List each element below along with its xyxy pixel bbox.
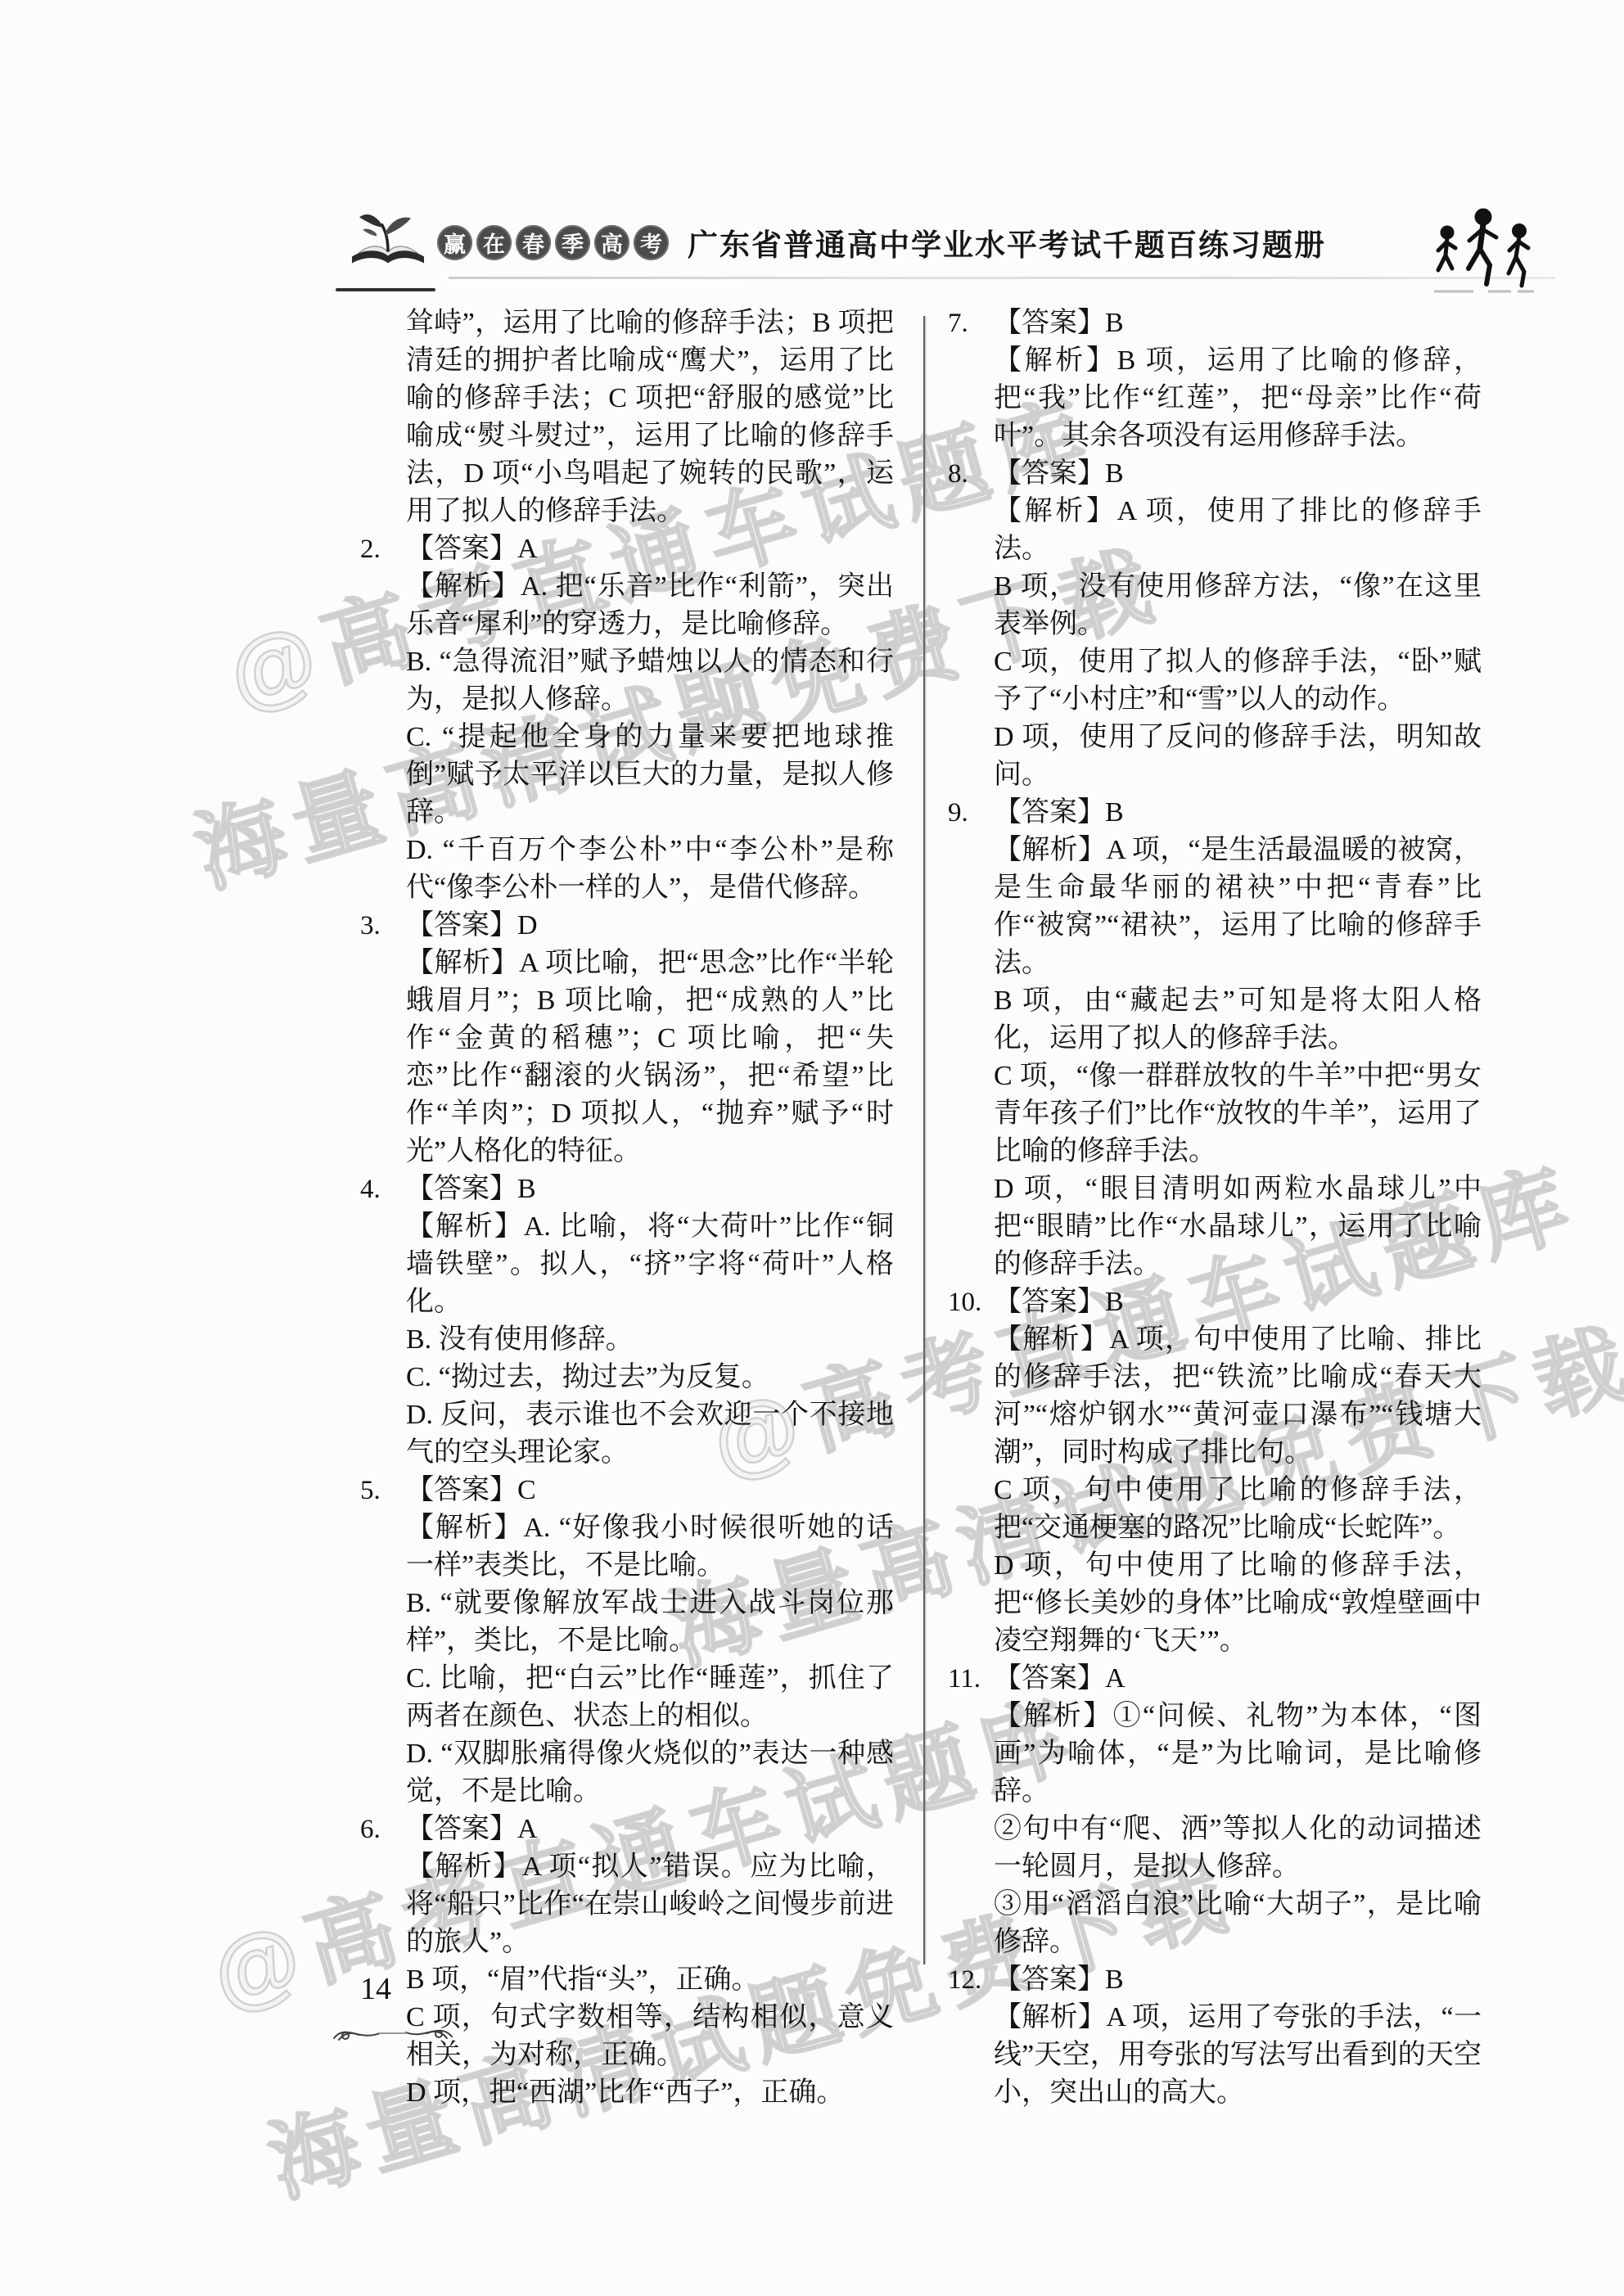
item-paragraph: 【答案】C [406,1472,894,1509]
item-paragraph: 【答案】A [406,1811,894,1848]
brand-badge: 考 [634,225,669,260]
item-paragraph: ③用“滔滔白浪”比喻“大胡子”，是比喻修辞。 [994,1886,1482,1961]
item-paragraph: D. 反问，表示谁也不会欢迎一个不接地气的空头理论家。 [406,1396,894,1472]
item-number [352,304,406,530]
item-number: 2. [352,530,406,907]
item-paragraphs: 【答案】C【解析】A. “好像我小时候很听她的话一样”表类比，不是比喻。B. “… [406,1472,894,1811]
item-paragraphs: 耸峙”，运用了比喻的修辞手法；B 项把清廷的拥护者比喻成“鹰犬”，运用了比喻的修… [406,304,894,530]
item-paragraph: B. 没有使用修辞。 [406,1321,894,1359]
item-paragraphs: 【答案】B【解析】A. 比喻，将“大荷叶”比作“铜墙铁壁”。拟人，“挤”字将“荷… [406,1171,894,1472]
brand-badge: 季 [555,225,590,260]
item-paragraph: 【答案】B [994,1961,1482,1999]
item-paragraph: D 项，把“西湖”比作“西子”，正确。 [406,2074,894,2112]
answer-item: 2. 【答案】A【解析】A. 把“乐音”比作“利箭”，突出乐音“犀利”的穿透力，… [352,530,894,907]
answer-item: 8. 【答案】B【解析】A 项，使用了排比的修辞手法。B 项，没有使用修辞方法，… [940,455,1482,794]
item-number: 6. [352,1811,406,2112]
answer-item: 11. 【答案】A【解析】①“问候、礼物”为本体，“图画”为喻体，“是”为比喻词… [940,1660,1482,1961]
brand-badge: 高 [594,225,629,260]
item-paragraph: 【答案】B [994,794,1482,832]
item-number: 11. [940,1660,994,1961]
item-paragraphs: 【答案】B【解析】A 项，句中使用了比喻、排比的修辞手法，把“铁流”比喻成“春天… [994,1283,1482,1660]
item-paragraph: 【解析】B 项，运用了比喻的修辞，把“我”比作“红莲”，把“母亲”比作“荷叶”。… [994,342,1482,455]
answers-column-right: 7. 【答案】B【解析】B 项，运用了比喻的修辞，把“我”比作“红莲”，把“母亲… [940,304,1482,2112]
answer-item: 耸峙”，运用了比喻的修辞手法；B 项把清廷的拥护者比喻成“鹰犬”，运用了比喻的修… [352,304,894,530]
item-paragraphs: 【答案】B【解析】A 项，使用了排比的修辞手法。B 项，没有使用修辞方法，“像”… [994,455,1482,794]
logo-underline [336,288,435,291]
item-paragraph: 【解析】A. “好像我小时候很听她的话一样”表类比，不是比喻。 [406,1509,894,1585]
item-paragraph: 【解析】A 项“拟人”错误。应为比喻，将“船只”比作“在崇山峻岭之间慢步前进的旅… [406,1848,894,1961]
item-paragraphs: 【答案】A【解析】①“问候、礼物”为本体，“图画”为喻体，“是”为比喻词，是比喻… [994,1660,1482,1961]
item-number: 8. [940,455,994,794]
item-paragraph: ②句中有“爬、洒”等拟人化的动词描述一轮圆月，是拟人修辞。 [994,1811,1482,1886]
answer-item: 4. 【答案】B【解析】A. 比喻，将“大荷叶”比作“铜墙铁壁”。拟人，“挤”字… [352,1171,894,1472]
item-number: 3. [352,907,406,1171]
item-paragraph: 【解析】A 项，句中使用了比喻、排比的修辞手法，把“铁流”比喻成“春天大河”“熔… [994,1321,1482,1472]
item-paragraph: B 项，由“藏起去”可知是将太阳人格化，运用了拟人的修辞手法。 [994,982,1482,1058]
item-paragraph: D 项，“眼目清明如两粒水晶球儿”中把“眼睛”比作“水晶球儿”，运用了比喻的修辞… [994,1171,1482,1283]
item-paragraphs: 【答案】A【解析】A. 把“乐音”比作“利箭”，突出乐音“犀利”的穿透力，是比喻… [406,530,894,907]
item-paragraph: D. “千百万个李公朴”中“李公朴”是称代“像李公朴一样的人”，是借代修辞。 [406,832,894,907]
item-number: 9. [940,794,994,1283]
item-paragraph: C 项，使用了拟人的修辞手法，“卧”赋予了“小村庄”和“雪”以人的动作。 [994,643,1482,719]
item-paragraph: C. 比喻，把“白云”比作“睡莲”，抓住了两者在颜色、状态上的相似。 [406,1660,894,1735]
item-paragraphs: 【答案】A【解析】A 项“拟人”错误。应为比喻，将“船只”比作“在崇山峻岭之间慢… [406,1811,894,2112]
item-paragraph: 【解析】A 项，“是生活最温暖的被窝，是生命最华丽的裙袂”中把“青春”比作“被窝… [994,832,1482,982]
item-paragraphs: 【答案】B【解析】B 项，运用了比喻的修辞，把“我”比作“红莲”，把“母亲”比作… [994,304,1482,455]
item-paragraph: 【解析】A 项，运用了夸张的手法，“一线”天空，用夸张的写法写出看到的天空小，突… [994,1999,1482,2112]
page-title: 广东省普通高中学业水平考试千题百练习题册 [688,220,1326,264]
header: 赢在春季高考 广东省普通高中学业水平考试千题百练习题册 [347,203,1419,282]
brand-badge: 赢 [437,225,472,260]
answer-item: 9. 【答案】B【解析】A 项，“是生活最温暖的被窝，是生命最华丽的裙袂”中把“… [940,794,1482,1283]
item-paragraph: C 项，“像一群群放牧的牛羊”中把“男女青年孩子们”比作“放牧的牛羊”，运用了比… [994,1058,1482,1171]
item-paragraph: 【答案】B [994,304,1482,342]
brand-badge: 春 [516,225,551,260]
page: @高考直通车试题库 海量高清试题免费下载 @高考直通车试题库 海量高清试题免费下… [0,0,1624,2296]
answer-item: 6. 【答案】A【解析】A 项“拟人”错误。应为比喻，将“船只”比作“在崇山峻岭… [352,1811,894,2112]
item-paragraphs: 【答案】B【解析】A 项，运用了夸张的手法，“一线”天空，用夸张的写法写出看到的… [994,1961,1482,2112]
item-paragraphs: 【答案】D【解析】A 项比喻，把“思念”比作“半轮蛾眉月”；B 项比喻，把“成熟… [406,907,894,1171]
answer-item: 10. 【答案】B【解析】A 项，句中使用了比喻、排比的修辞手法，把“铁流”比喻… [940,1283,1482,1660]
item-number: 7. [940,304,994,455]
brand-badges: 赢在春季高考 [437,225,673,260]
item-paragraph: 【答案】D [406,907,894,945]
item-paragraph: 【答案】B [994,455,1482,493]
item-paragraph: 【解析】①“问候、礼物”为本体，“图画”为喻体，“是”为比喻词，是比喻修辞。 [994,1698,1482,1811]
item-number: 12. [940,1961,994,2112]
item-paragraph: D 项，句中使用了比喻的修辞手法，把“修长美妙的身体”比喻成“敦煌壁画中凌空翔舞… [994,1547,1482,1660]
item-paragraph: C. “提起他全身的力量来要把地球推倒”赋予太平洋以巨大的力量，是拟人修辞。 [406,719,894,832]
answers-column-left: 耸峙”，运用了比喻的修辞手法；B 项把清廷的拥护者比喻成“鹰犬”，运用了比喻的修… [352,304,894,2112]
item-paragraph: D. “双脚胀痛得像火烧似的”表达一种感觉，不是比喻。 [406,1735,894,1811]
item-paragraph: C 项，句式字数相等，结构相似，意义相关，为对称，正确。 [406,1999,894,2074]
item-paragraph: B 项，“眉”代指“头”，正确。 [406,1961,894,1999]
item-paragraph: C 项，句中使用了比喻的修辞手法，把“交通梗塞的路况”比喻成“长蛇阵”。 [994,1472,1482,1547]
brand-badge: 在 [476,225,512,260]
item-paragraph: 耸峙”，运用了比喻的修辞手法；B 项把清廷的拥护者比喻成“鹰犬”，运用了比喻的修… [406,304,894,530]
item-paragraph: 【解析】A. 把“乐音”比作“利箭”，突出乐音“犀利”的穿透力，是比喻修辞。 [406,568,894,643]
answer-item: 3. 【答案】D【解析】A 项比喻，把“思念”比作“半轮蛾眉月”；B 项比喻，把… [352,907,894,1171]
item-paragraphs: 【答案】B【解析】A 项，“是生活最温暖的被窝，是生命最华丽的裙袂”中把“青春”… [994,794,1482,1283]
answer-item: 7. 【答案】B【解析】B 项，运用了比喻的修辞，把“我”比作“红莲”，把“母亲… [940,304,1482,455]
item-paragraph: 【解析】A 项比喻，把“思念”比作“半轮蛾眉月”；B 项比喻，把“成熟的人”比作… [406,945,894,1171]
item-paragraph: D 项，使用了反问的修辞手法，明知故问。 [994,719,1482,794]
item-paragraph: C. “拗过去，拗过去”为反复。 [406,1359,894,1396]
item-paragraph: B 项，没有使用修辞方法，“像”在这里表举例。 [994,568,1482,643]
footer-flourish-icon [327,2015,458,2051]
item-number: 4. [352,1171,406,1472]
runners-icon [1431,206,1539,298]
item-paragraph: 【解析】A 项，使用了排比的修辞手法。 [994,493,1482,568]
item-paragraph: 【解析】A. 比喻，将“大荷叶”比作“铜墙铁壁”。拟人，“挤”字将“荷叶”人格化… [406,1208,894,1321]
item-paragraph: 【答案】A [994,1660,1482,1698]
item-paragraph: B. “急得流泪”赋予蜡烛以人的情态和行为，是拟人修辞。 [406,643,894,719]
header-rule [449,277,1555,279]
answer-item: 12. 【答案】B【解析】A 项，运用了夸张的手法，“一线”天空，用夸张的写法写… [940,1961,1482,2112]
page-number: 14 [360,1971,391,2007]
answer-item: 5. 【答案】C【解析】A. “好像我小时候很听她的话一样”表类比，不是比喻。B… [352,1472,894,1811]
item-paragraph: 【答案】B [406,1171,894,1208]
item-paragraph: B. “就要像解放军战士进入战斗岗位那样”，类比，不是比喻。 [406,1585,894,1660]
item-paragraph: 【答案】A [406,530,894,568]
book-sprout-logo-icon [347,205,429,276]
item-paragraph: 【答案】B [994,1283,1482,1321]
item-number: 10. [940,1283,994,1660]
item-number: 5. [352,1472,406,1811]
